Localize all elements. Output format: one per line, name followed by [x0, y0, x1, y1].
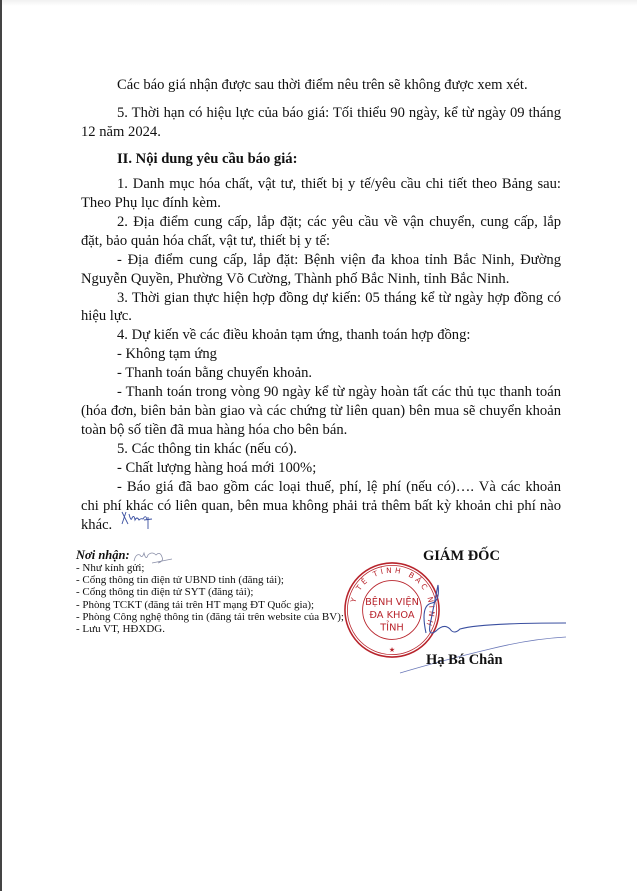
page-left-border: [0, 0, 2, 891]
recipients-block: Nơi nhận: - Như kính gửi; - Cổng thông t…: [76, 548, 344, 635]
initials-signature-icon: [120, 508, 156, 530]
paragraph-line: hiệu lực.: [81, 307, 561, 325]
paragraph-line: đặt, bảo quản hóa chất, vật tư, thiết bị…: [81, 232, 561, 250]
paragraph-line: 1. Danh mục hóa chất, vật tư, thiết bị y…: [117, 175, 561, 193]
paragraph-line: (hóa đơn, biên bản bàn giao và các chứng…: [81, 402, 561, 420]
paragraph-line: Nguyễn Quyền, Phường Võ Cường, Thành phố…: [81, 270, 561, 288]
paragraph-line: - Thanh toán trong vòng 90 ngày kể từ ng…: [117, 383, 561, 401]
recipient-item: - Cổng thông tin điện tử SYT (đăng tải);: [76, 586, 344, 598]
paragraph-line: 12 năm 2024.: [81, 123, 561, 141]
section-heading: II. Nội dung yêu cầu báo giá:: [117, 150, 597, 168]
document-page: Các báo giá nhận được sau thời điểm nêu …: [0, 0, 637, 891]
paragraph-line: - Không tạm ứng: [117, 345, 597, 363]
recipient-item: - Phòng Công nghệ thông tin (đăng tải tr…: [76, 611, 344, 623]
paragraph-line: 3. Thời gian thực hiện hợp đồng dự kiến:…: [117, 289, 561, 307]
recipient-item: - Cổng thông tin điện tử UBND tỉnh (đăng…: [76, 574, 344, 586]
paragraph-line: - Địa điểm cung cấp, lắp đặt: Bệnh viện …: [117, 251, 561, 269]
recipient-item: - Lưu VT, HĐXDG.: [76, 623, 344, 635]
paragraph-line: Các báo giá nhận được sau thời điểm nêu …: [117, 76, 597, 94]
recipient-item: - Phòng TCKT (đăng tải trên HT mạng ĐT Q…: [76, 599, 344, 611]
paragraph-line: 2. Địa điểm cung cấp, lắp đặt; các yêu c…: [117, 213, 561, 231]
recipients-title: Nơi nhận:: [76, 548, 344, 562]
initials-signature-icon: [132, 547, 174, 567]
paragraph-line: 4. Dự kiến về các điều khoản tạm ứng, th…: [117, 326, 597, 344]
signatory-name: Hạ Bá Chân: [426, 652, 503, 669]
paragraph-line: - Thanh toán bằng chuyển khoản.: [117, 364, 597, 382]
paragraph-line: 5. Thời hạn có hiệu lực của báo giá: Tối…: [117, 104, 561, 122]
paragraph-line: toàn bộ số tiền đã mua hàng hóa cho bên …: [81, 421, 561, 439]
paragraph-line: 5. Các thông tin khác (nếu có).: [117, 440, 597, 458]
page-top-shadow: [2, 0, 637, 6]
recipient-item: - Như kính gửi;: [76, 562, 344, 574]
paragraph-line: - Chất lượng hàng hoá mới 100%;: [117, 459, 597, 477]
paragraph-line: - Báo giá đã bao gồm các loại thuế, phí,…: [117, 478, 561, 496]
paragraph-line: Theo Phụ lục đính kèm.: [81, 194, 561, 212]
